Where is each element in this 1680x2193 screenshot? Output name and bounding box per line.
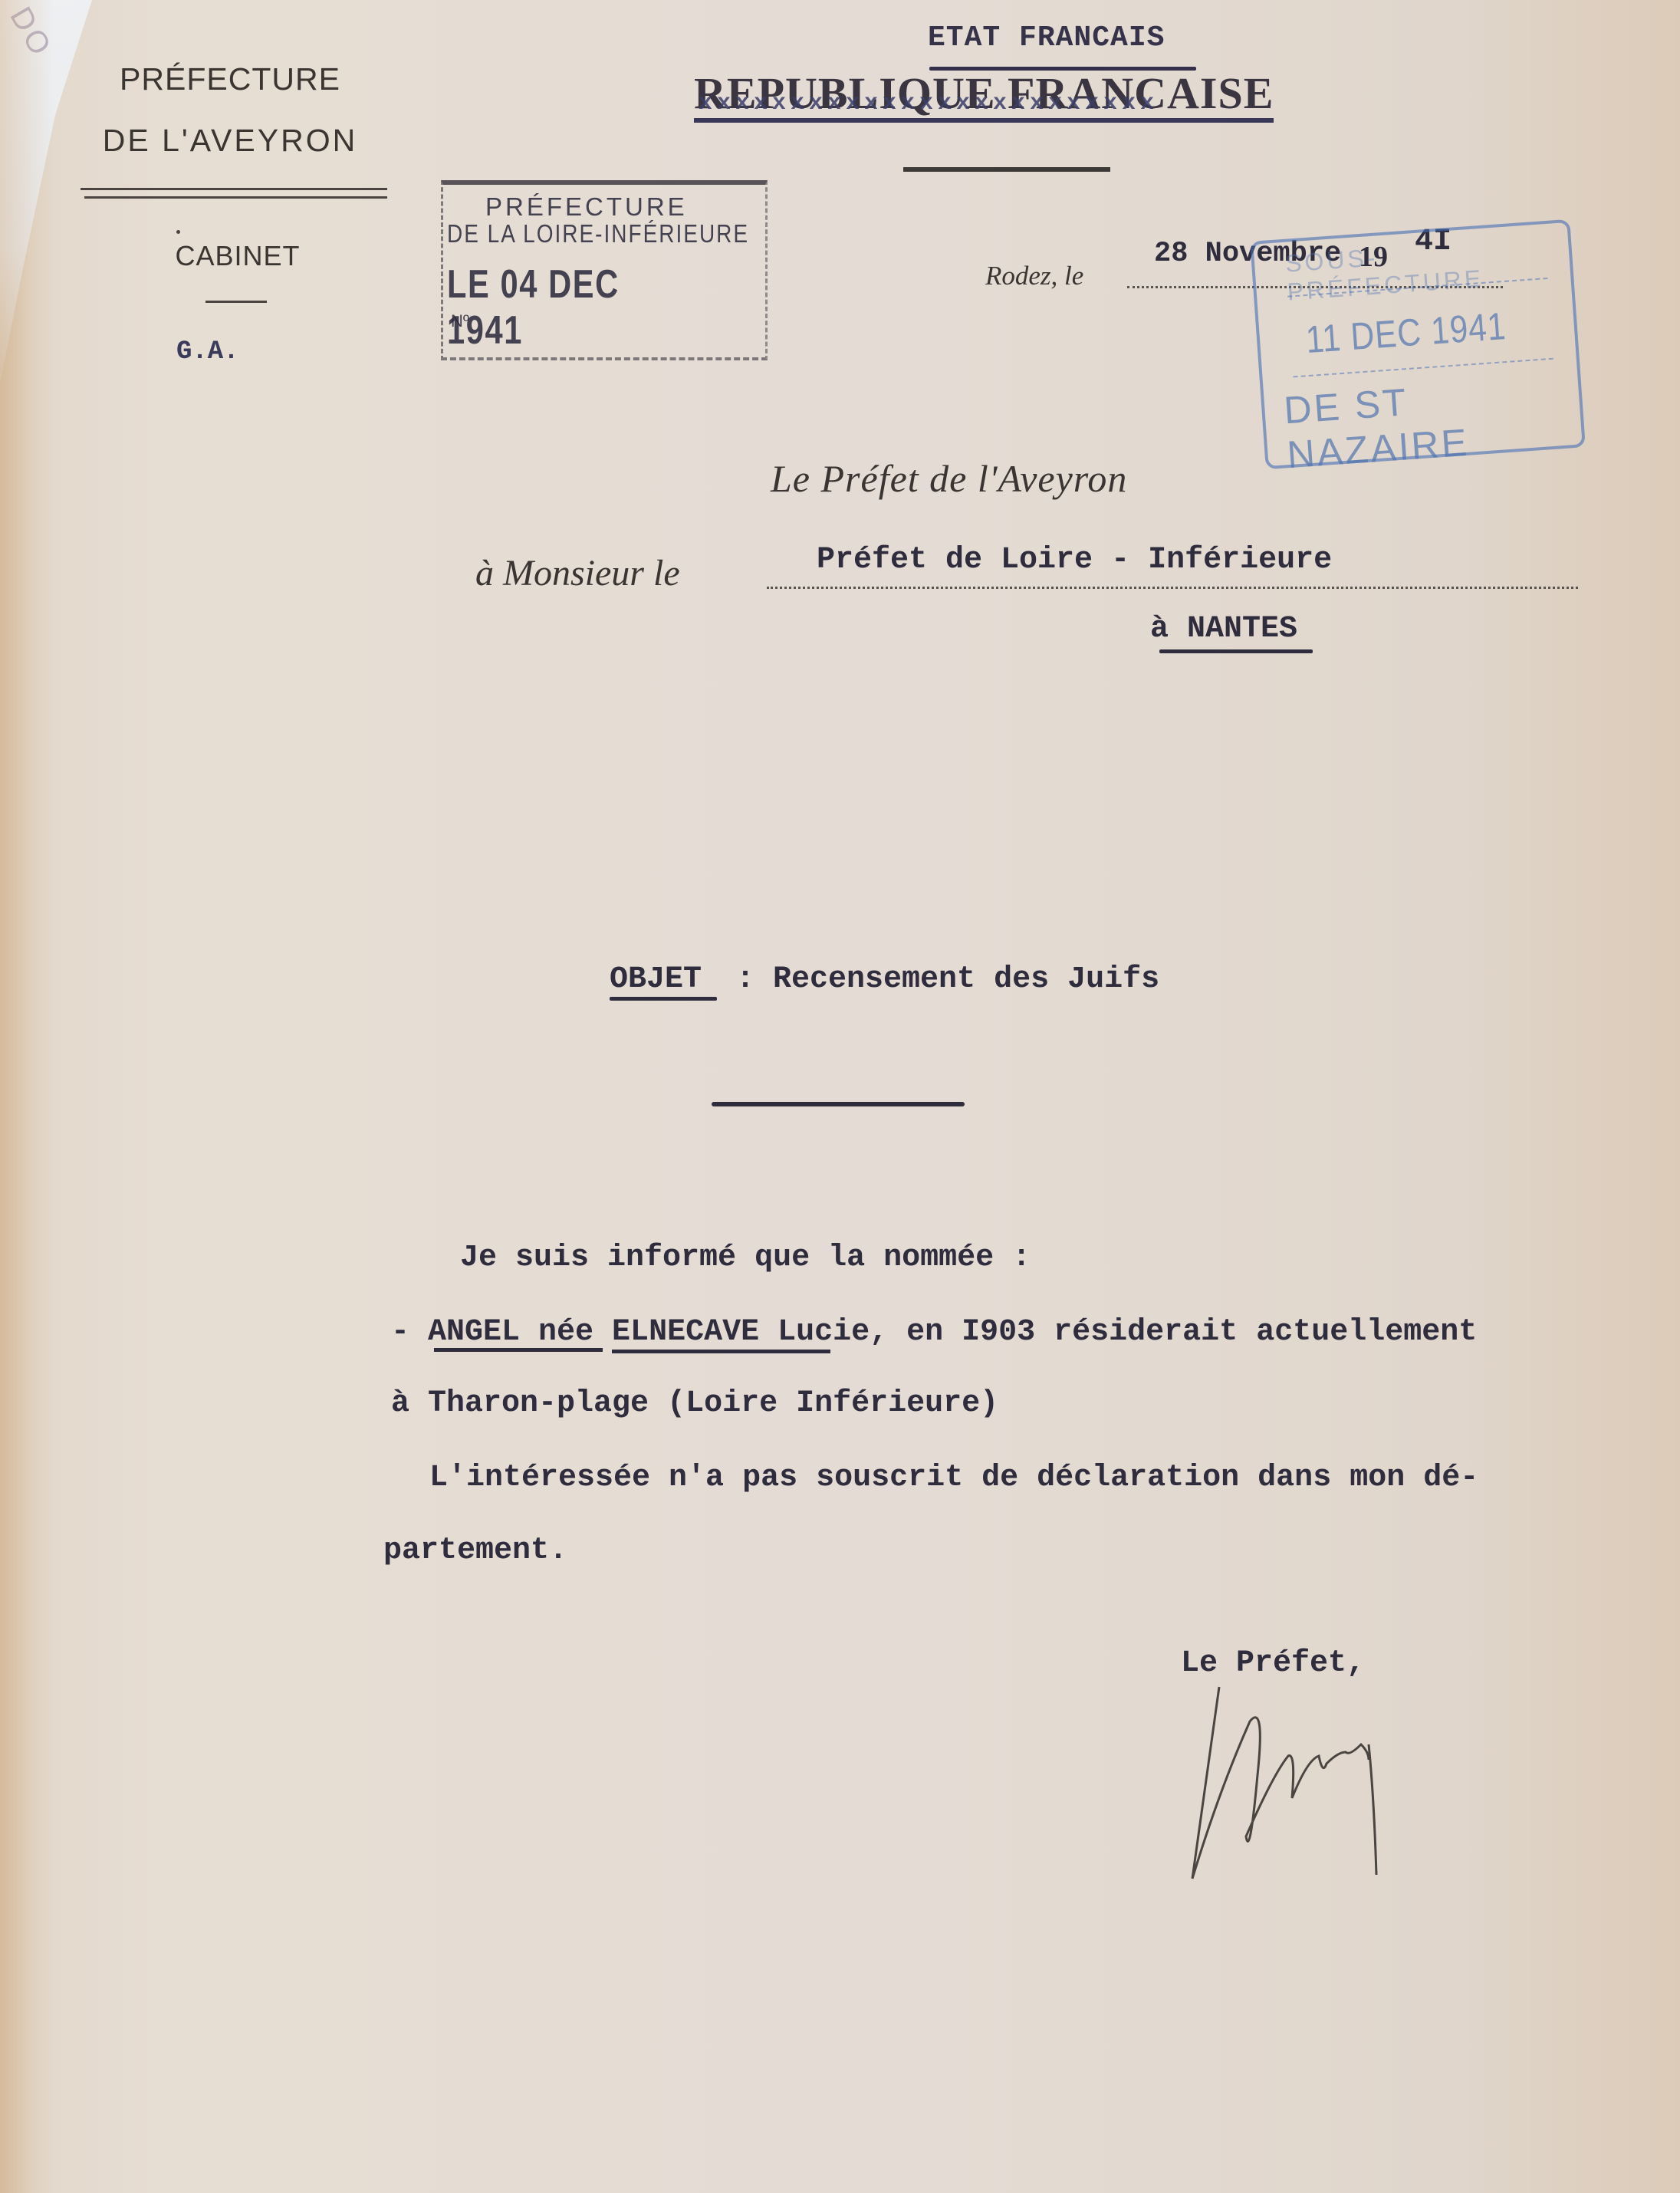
stamp-line-prefecture: PRÉFECTURE [485,192,688,222]
sender-line: Le Préfet de l'Aveyron [771,456,1127,501]
letterhead-short-rule [205,301,267,303]
recipient-dotted-line [767,587,1578,589]
name-underline [612,1350,830,1353]
letterhead-cabinet: CABINET [123,240,353,272]
body-line-5: partement. [383,1534,567,1568]
letterhead-rule [81,188,387,190]
letterhead-prefecture: PRÉFECTURE [77,61,383,97]
struck-republique-title: REPUBLIQUE FRANCAISE xxxxxxxxxxxxxxxxxxx… [694,67,1274,119]
section-divider [712,1102,965,1106]
reception-stamp-st-nazaire: SOUS-PRÉFECTURE 11 DEC 1941 DE ST NAZAIR… [1250,219,1586,469]
stamp-line-sous-prefecture: SOUS-PRÉFECTURE [1284,230,1571,307]
recipient-salutation: à Monsieur le [475,552,680,594]
subject-text: : Recensement des Juifs [736,962,1159,997]
closing-title: Le Préfet, [1181,1646,1365,1681]
paper-edge-stain [0,0,54,2193]
stamp-number-label: Nº [451,311,469,331]
subject-value: Recensement des Juifs [773,962,1159,997]
person-name: ANGEL née ELNECAVE Lucie [428,1315,870,1350]
place-label: Rodez, le [985,261,1083,291]
stamp-date: LE 04 DEC 1941 [447,261,702,353]
letterhead-rule [84,196,387,199]
reference-initials: G.A. [176,337,291,367]
subject-label-underline [610,997,717,1001]
stamp-date: 11 DEC 1941 [1304,304,1507,362]
body-line-3: à Tharon-plage (Loire Inférieure) [391,1386,998,1421]
overtype-strike: xxxxxxxxxxxxxxxxxxxxxxxxx [699,90,1159,117]
bullet-dash: - [391,1315,428,1350]
body-line-1: Je suis informé que la nommée : [460,1241,1031,1275]
regime-label: ETAT FRANCAIS [928,21,1165,54]
reception-stamp-nantes: PRÉFECTURE DE LA LOIRE-INFÉRIEURE LE 04 … [441,180,768,360]
stamp-line-st-nazaire: DE ST NAZAIRE [1283,368,1583,478]
signature-icon [1173,1683,1465,1890]
stamp-line-loire: DE LA LOIRE-INFÉRIEURE [447,219,749,248]
letterhead-department: DE L'AVEYRON [61,123,399,159]
body-line-4: L'intéressée n'a pas souscrit de déclara… [429,1461,1478,1495]
recipient-city-underline [1159,649,1313,653]
name-underline [434,1348,603,1352]
subject-separator: : [736,962,773,997]
header-rule [903,167,1110,172]
strike-line [694,118,1274,123]
recipient-title: Préfet de Loire - Inférieure [817,543,1332,577]
body-line-2-rest: , en I903 résiderait actuellement [870,1315,1477,1350]
subject-label: OBJET [610,962,702,997]
body-line-2: - ANGEL née ELNECAVE Lucie, en I903 rési… [391,1315,1477,1350]
ink-dot [176,230,180,234]
recipient-city: à NANTES [1150,612,1297,646]
